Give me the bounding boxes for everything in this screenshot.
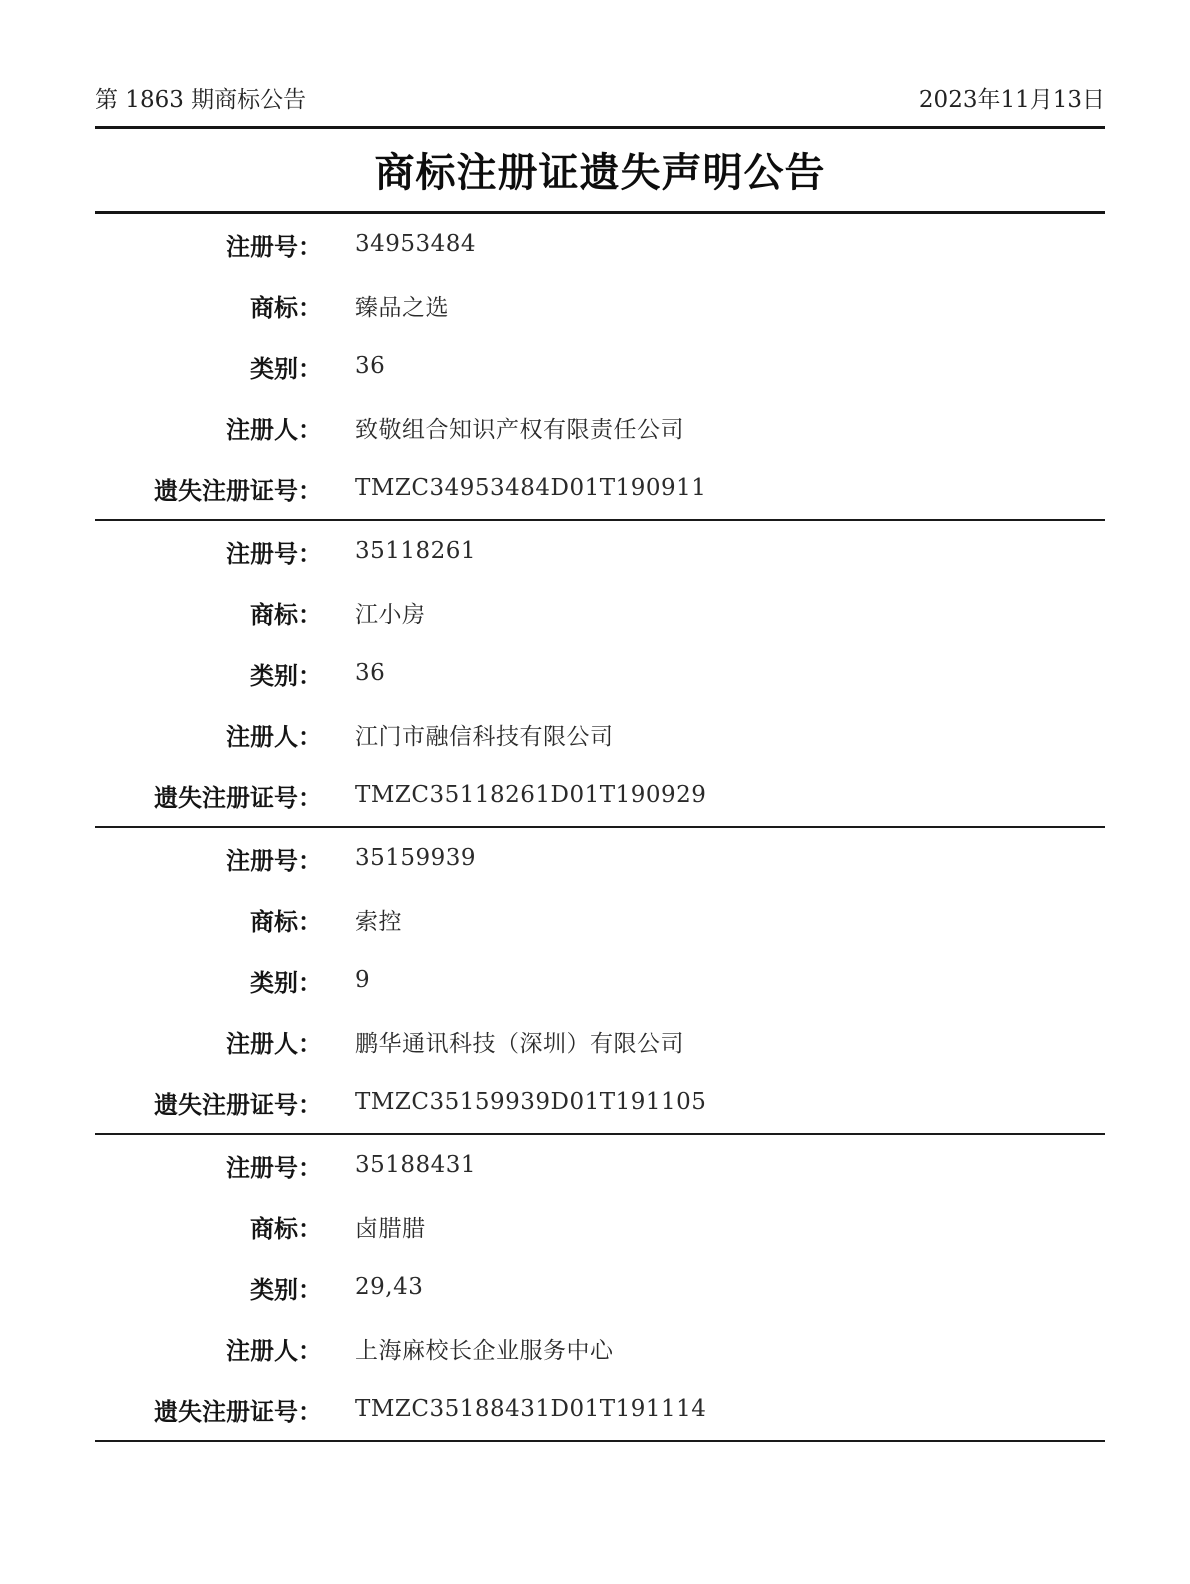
record-row: 注册人： 致敬组合知识产权有限责任公司 xyxy=(95,397,1105,458)
gazette-date: 2023年11月13日 xyxy=(919,86,1105,115)
record-row: 注册号： 34953484 xyxy=(95,214,1105,275)
record-row: 类别： 9 xyxy=(95,950,1105,1011)
record-row: 遗失注册证号： TMZC35118261D01T190929 xyxy=(95,765,1105,826)
field-value-class: 36 xyxy=(322,353,385,379)
field-label-registrant: 注册人： xyxy=(95,410,322,445)
field-label-class: 类别： xyxy=(95,349,322,384)
field-value-lost-cert-no: TMZC35188431D01T191114 xyxy=(322,1396,706,1422)
field-value-trademark: 卤腊腊 xyxy=(322,1210,426,1243)
field-value-reg-no: 35188431 xyxy=(322,1152,476,1178)
record-row: 注册号： 35188431 xyxy=(95,1135,1105,1196)
record-divider xyxy=(95,1440,1105,1442)
field-value-class: 9 xyxy=(322,967,370,993)
trademark-record: 注册号： 35188431 商标： 卤腊腊 类别： 29,43 注册人： 上海麻… xyxy=(95,1135,1105,1440)
field-label-class: 类别： xyxy=(95,963,322,998)
record-row: 遗失注册证号： TMZC34953484D01T190911 xyxy=(95,458,1105,519)
record-row: 遗失注册证号： TMZC35188431D01T191114 xyxy=(95,1379,1105,1440)
field-label-lost-cert-no: 遗失注册证号： xyxy=(95,1392,322,1427)
field-label-trademark: 商标： xyxy=(95,288,322,323)
record-row: 注册人： 上海麻校长企业服务中心 xyxy=(95,1318,1105,1379)
record-row: 注册号： 35118261 xyxy=(95,521,1105,582)
field-label-class: 类别： xyxy=(95,656,322,691)
field-label-registrant: 注册人： xyxy=(95,1024,322,1059)
trademark-record: 注册号： 34953484 商标： 臻品之选 类别： 36 注册人： 致敬组合知… xyxy=(95,214,1105,519)
field-value-reg-no: 35159939 xyxy=(322,845,476,871)
field-label-reg-no: 注册号： xyxy=(95,1148,322,1183)
trademark-record: 注册号： 35159939 商标： 索控 类别： 9 注册人： 鹏华通讯科技（深… xyxy=(95,828,1105,1133)
page: 第 1863 期商标公告 2023年11月13日 商标注册证遗失声明公告 注册号… xyxy=(95,0,1105,1442)
record-row: 遗失注册证号： TMZC35159939D01T191105 xyxy=(95,1072,1105,1133)
field-value-trademark: 臻品之选 xyxy=(322,289,449,322)
field-value-registrant: 致敬组合知识产权有限责任公司 xyxy=(322,411,684,444)
field-label-class: 类别： xyxy=(95,1270,322,1305)
trademark-record: 注册号： 35118261 商标： 江小房 类别： 36 注册人： 江门市融信科… xyxy=(95,521,1105,826)
record-row: 注册人： 鹏华通讯科技（深圳）有限公司 xyxy=(95,1011,1105,1072)
field-value-class: 36 xyxy=(322,660,385,686)
record-row: 商标： 卤腊腊 xyxy=(95,1196,1105,1257)
field-value-registrant: 江门市融信科技有限公司 xyxy=(322,718,614,751)
field-label-reg-no: 注册号： xyxy=(95,227,322,262)
field-label-reg-no: 注册号： xyxy=(95,534,322,569)
gazette-issue: 第 1863 期商标公告 xyxy=(95,86,306,115)
record-row: 注册号： 35159939 xyxy=(95,828,1105,889)
field-label-trademark: 商标： xyxy=(95,1209,322,1244)
field-label-lost-cert-no: 遗失注册证号： xyxy=(95,778,322,813)
field-value-lost-cert-no: TMZC35159939D01T191105 xyxy=(322,1089,706,1115)
field-value-trademark: 索控 xyxy=(322,903,402,936)
field-label-registrant: 注册人： xyxy=(95,1331,322,1366)
record-row: 类别： 29,43 xyxy=(95,1257,1105,1318)
field-value-lost-cert-no: TMZC35118261D01T190929 xyxy=(322,782,706,808)
field-value-reg-no: 34953484 xyxy=(322,231,476,257)
record-row: 商标： 臻品之选 xyxy=(95,275,1105,336)
record-row: 商标： 索控 xyxy=(95,889,1105,950)
field-label-trademark: 商标： xyxy=(95,902,322,937)
field-label-reg-no: 注册号： xyxy=(95,841,322,876)
field-value-trademark: 江小房 xyxy=(322,596,426,629)
field-label-lost-cert-no: 遗失注册证号： xyxy=(95,471,322,506)
record-row: 注册人： 江门市融信科技有限公司 xyxy=(95,704,1105,765)
field-label-trademark: 商标： xyxy=(95,595,322,630)
field-value-reg-no: 35118261 xyxy=(322,538,476,564)
field-value-lost-cert-no: TMZC34953484D01T190911 xyxy=(322,475,706,501)
record-row: 商标： 江小房 xyxy=(95,582,1105,643)
field-label-registrant: 注册人： xyxy=(95,717,322,752)
record-row: 类别： 36 xyxy=(95,336,1105,397)
doc-header: 第 1863 期商标公告 2023年11月13日 xyxy=(95,0,1105,115)
field-value-registrant: 上海麻校长企业服务中心 xyxy=(322,1332,614,1365)
field-value-class: 29,43 xyxy=(322,1274,423,1300)
field-label-lost-cert-no: 遗失注册证号： xyxy=(95,1085,322,1120)
field-value-registrant: 鹏华通讯科技（深圳）有限公司 xyxy=(322,1025,684,1058)
page-title: 商标注册证遗失声明公告 xyxy=(95,129,1105,211)
record-row: 类别： 36 xyxy=(95,643,1105,704)
